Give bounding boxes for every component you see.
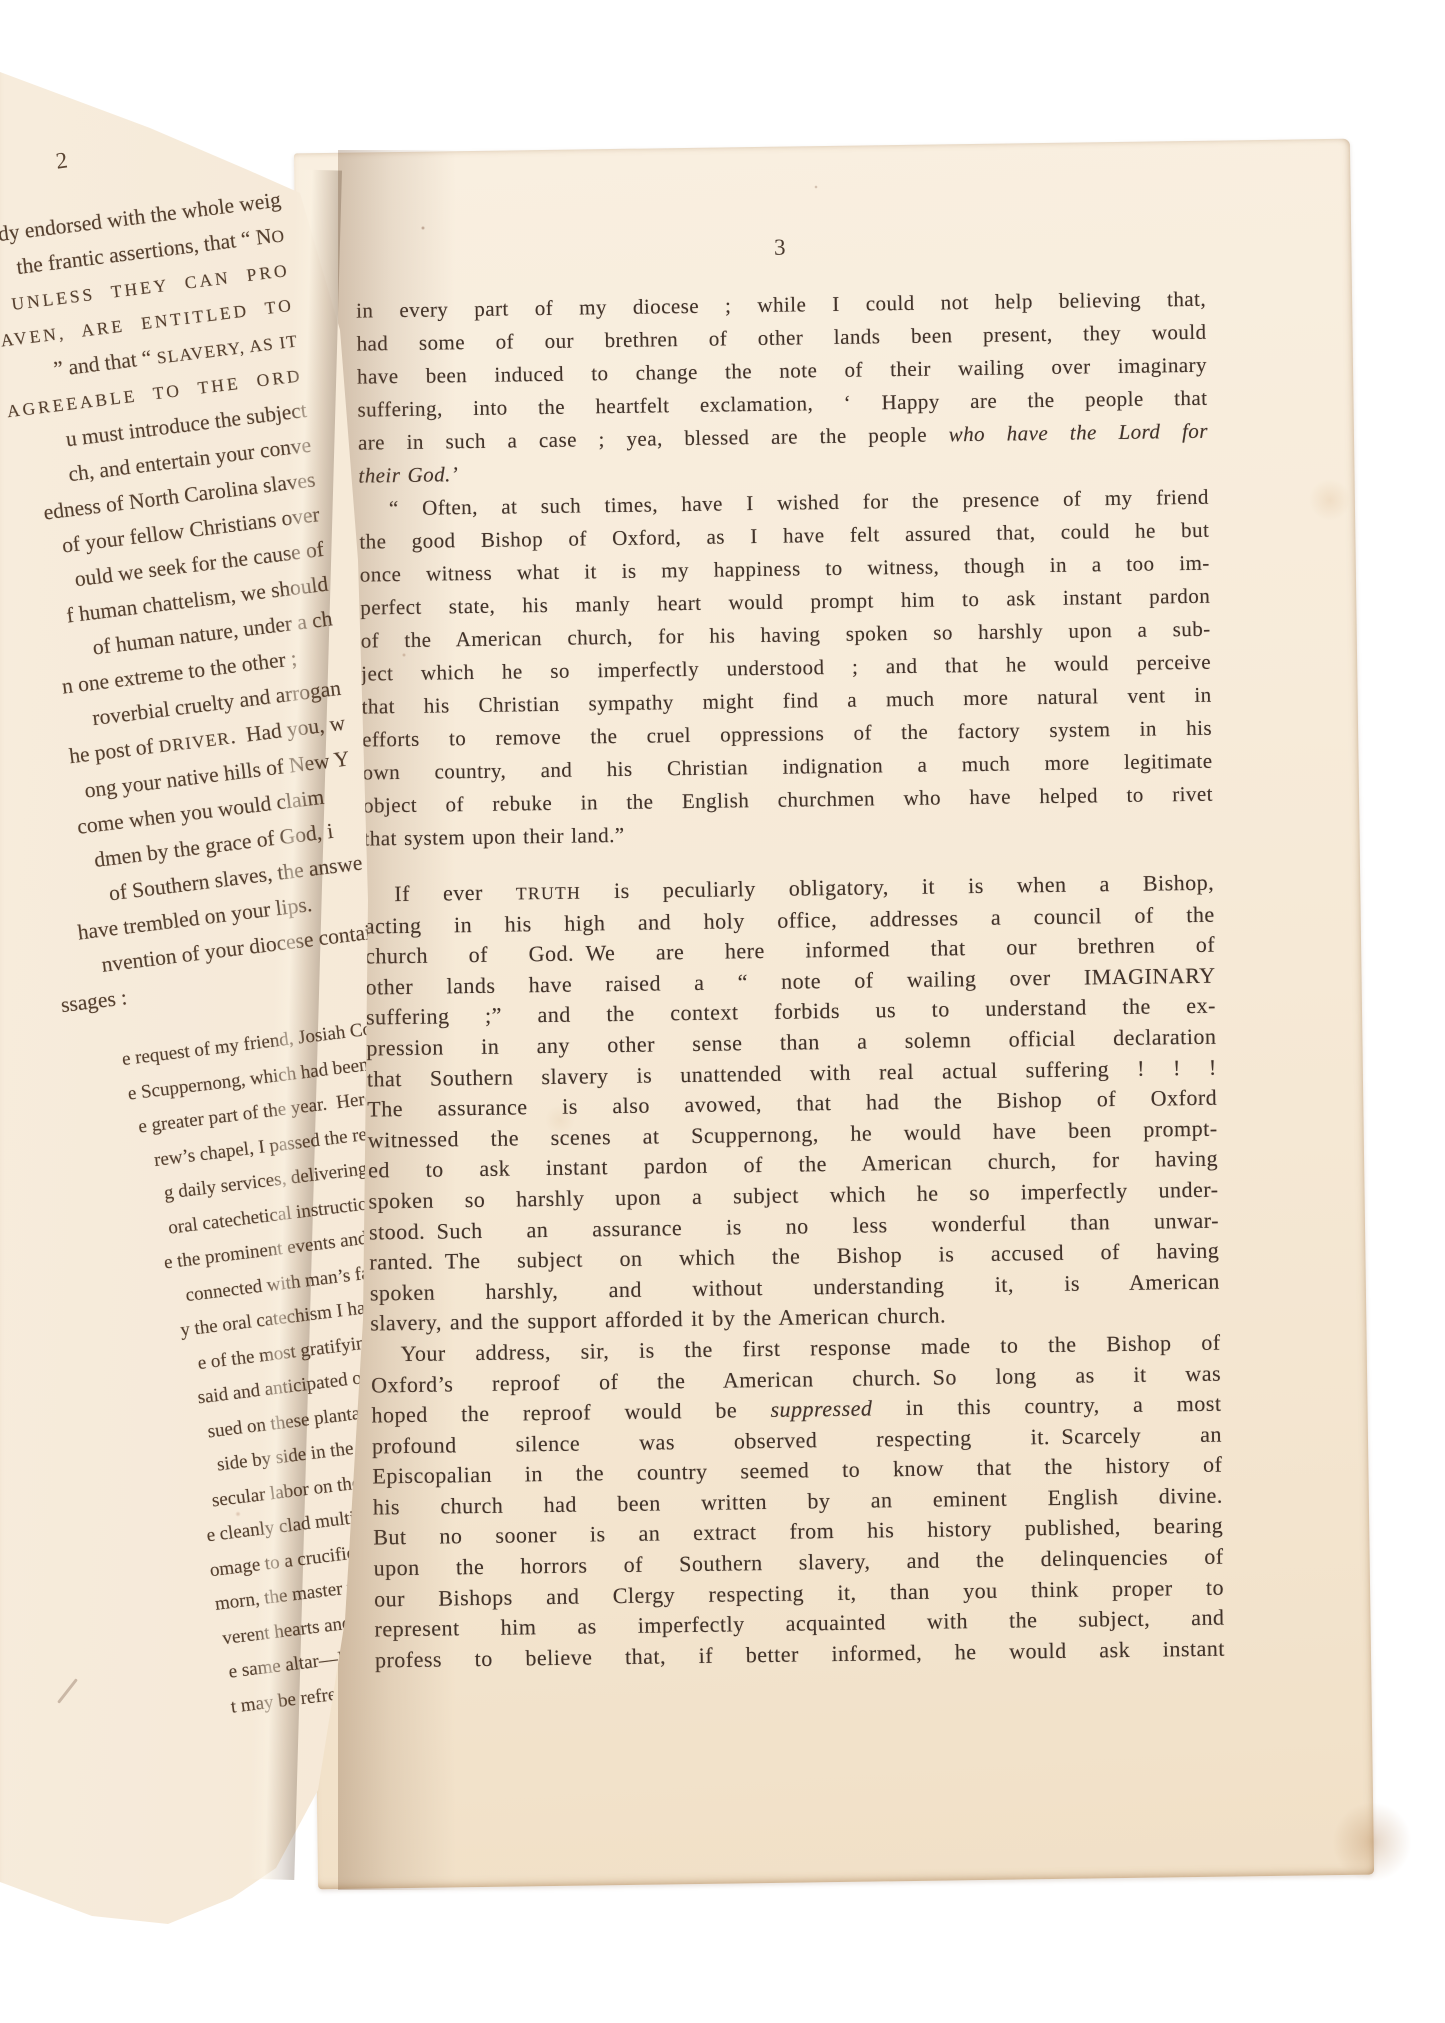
paragraph: If ever truth is peculiarly obligatory, … [364,868,1220,1340]
page-number-left: 2 [54,147,69,174]
right-page-paragraphs: in every part of my diocese ; while I co… [356,283,1225,1676]
page-number-right: 3 [355,229,1205,267]
paragraph: in every part of my diocese ; while I co… [356,283,1209,493]
paragraph: “ Often, at such times, have I wished fo… [359,481,1214,856]
right-page-text-block: 3 in every part of my diocese ; while I … [355,229,1225,1676]
book-photo: 3 in every part of my diocese ; while I … [0,0,1445,2023]
right-page-3: 3 in every part of my diocese ; while I … [294,139,1374,1890]
paragraph: Your address, sir, is the first response… [370,1328,1225,1676]
